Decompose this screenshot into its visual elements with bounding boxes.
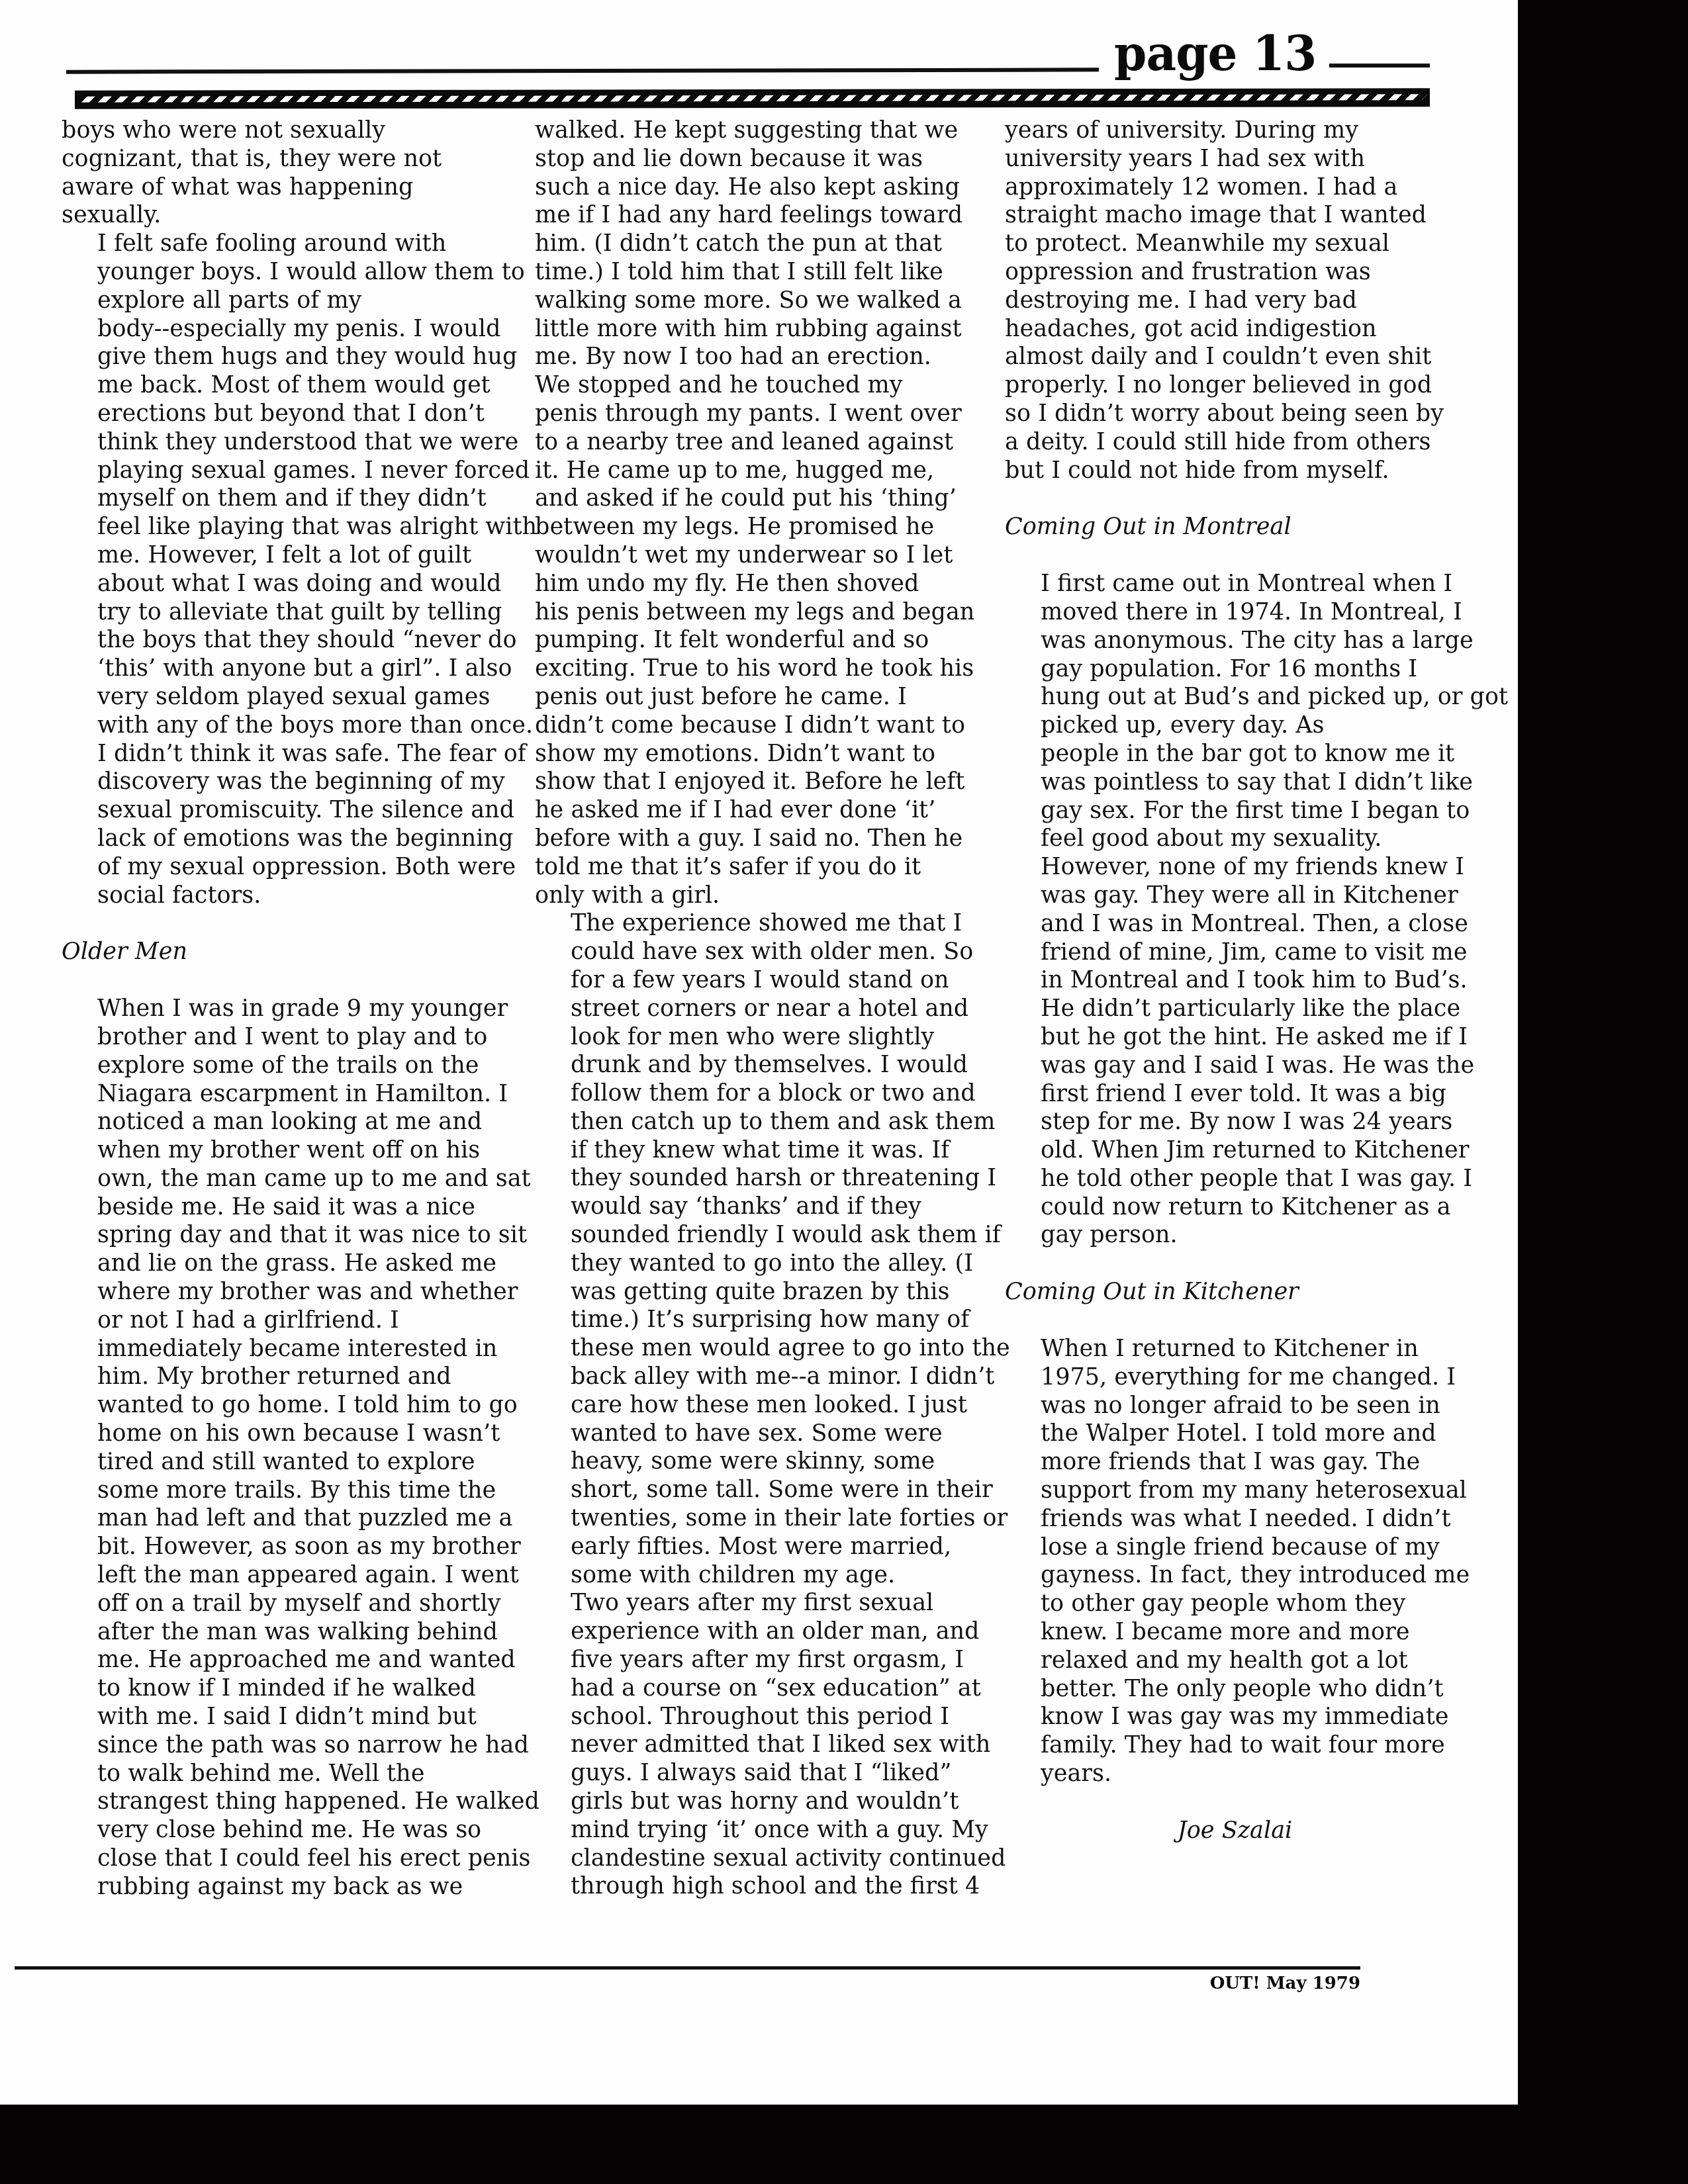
text-line: home on his own because I wasn’t bbox=[62, 1420, 502, 1448]
text-line: myself on them and if they didn’t bbox=[62, 484, 502, 513]
text-line: some more trails. By this time the bbox=[62, 1477, 502, 1505]
text-line: mind trying ‘it’ once with a guy. My bbox=[535, 1816, 975, 1844]
text-line: where my brother was and whether bbox=[62, 1278, 502, 1306]
article-paragraph: I first came out in Montreal when Imoved… bbox=[1005, 570, 1445, 1250]
article-paragraph: boys who were not sexuallycognizant, tha… bbox=[62, 116, 502, 230]
text-line: experience with an older man, and bbox=[535, 1617, 975, 1646]
text-line: sounded friendly I would ask them if bbox=[535, 1221, 975, 1250]
text-line: and asked if he could put his ‘thing’ bbox=[535, 484, 975, 513]
text-line: We stopped and he touched my bbox=[535, 371, 975, 400]
text-line: wanted to go home. I told him to go bbox=[62, 1391, 502, 1420]
text-line: it. He came up to me, hugged me, bbox=[535, 457, 975, 485]
text-line: me. He approached me and wanted bbox=[62, 1646, 502, 1674]
text-line: was no longer afraid to be seen in bbox=[1005, 1392, 1445, 1420]
text-line: gayness. In fact, they introduced me bbox=[1005, 1561, 1445, 1590]
text-line: heavy, some were skinny, some bbox=[535, 1447, 975, 1476]
text-line: about what I was doing and would bbox=[62, 570, 502, 598]
text-line: care how these men looked. I just bbox=[535, 1391, 975, 1420]
text-line: to know if I minded if he walked bbox=[62, 1674, 502, 1703]
text-line: family. They had to wait four more bbox=[1005, 1731, 1445, 1760]
text-line: and I was in Montreal. Then, a close bbox=[1005, 910, 1445, 938]
text-line: with me. I said I didn’t mind but bbox=[62, 1703, 502, 1731]
text-line: relaxed and my health got a lot bbox=[1005, 1647, 1445, 1675]
text-line: five years after my first orgasm, I bbox=[535, 1646, 975, 1674]
text-line: playing sexual games. I never forced bbox=[62, 457, 502, 485]
text-line: very close behind me. He was so bbox=[62, 1816, 502, 1844]
text-line: feel good about my sexuality. bbox=[1005, 825, 1445, 853]
text-line: However, none of my friends knew I bbox=[1005, 853, 1445, 882]
text-line: rubbing against my back as we bbox=[62, 1873, 502, 1901]
text-line: penis through my pants. I went over bbox=[535, 400, 975, 428]
text-line: little more with him rubbing against bbox=[535, 315, 975, 343]
text-line: gay population. For 16 months I bbox=[1005, 655, 1445, 684]
text-line: after the man was walking behind bbox=[62, 1618, 502, 1647]
page-number-label: page 13 bbox=[1114, 24, 1316, 83]
author-signature: Joe Szalai bbox=[1005, 1817, 1445, 1845]
text-line: know I was gay was my immediate bbox=[1005, 1703, 1445, 1731]
text-line: friends was what I needed. I didn’t bbox=[1005, 1505, 1445, 1533]
header-rule-right bbox=[1329, 64, 1430, 68]
text-line: immediately became interested in bbox=[62, 1335, 502, 1363]
text-line: back alley with me--a minor. I didn’t bbox=[535, 1363, 975, 1391]
article-paragraph: When I was in grade 9 my youngerbrother … bbox=[62, 995, 502, 1901]
text-line: gay person. bbox=[1005, 1221, 1445, 1250]
section-heading: Coming Out in Kitchener bbox=[1005, 1278, 1445, 1306]
article-paragraph: walked. He kept suggesting that westop a… bbox=[535, 116, 975, 909]
text-line: between my legs. He promised he bbox=[535, 513, 975, 541]
text-line: to walk behind me. Well the bbox=[62, 1760, 502, 1788]
text-line: when my brother went off on his bbox=[62, 1136, 502, 1165]
text-line: wouldn’t wet my underwear so I let bbox=[535, 541, 975, 570]
text-line: before with a guy. I said no. Then he bbox=[535, 825, 975, 853]
text-line: very seldom played sexual games bbox=[62, 683, 502, 711]
text-line: drunk and by themselves. I would bbox=[535, 1051, 975, 1079]
text-line: the Walper Hotel. I told more and bbox=[1005, 1420, 1445, 1448]
publication-footer: OUT! May 1979 bbox=[1210, 1974, 1360, 1993]
text-line: university years I had sex with bbox=[1005, 145, 1445, 173]
text-line: his penis between my legs and began bbox=[535, 598, 975, 627]
text-line: penis out just before he came. I bbox=[535, 683, 975, 711]
text-line: was getting quite brazen by this bbox=[535, 1278, 975, 1306]
text-line: tired and still wanted to explore bbox=[62, 1448, 502, 1477]
text-line: own, the man came up to me and sat bbox=[62, 1165, 502, 1193]
text-line: would say ‘thanks’ and if they bbox=[535, 1193, 975, 1221]
text-line: close that I could feel his erect penis bbox=[62, 1844, 502, 1873]
text-line: was gay. They were all in Kitchener bbox=[1005, 882, 1445, 910]
text-line: the boys that they should “never do bbox=[62, 626, 502, 655]
text-line: these men would agree to go into the bbox=[535, 1334, 975, 1363]
header-rule-left bbox=[66, 68, 1099, 73]
article-paragraph: I felt safe fooling around withyounger b… bbox=[62, 230, 502, 909]
text-line: When I was in grade 9 my younger bbox=[62, 995, 502, 1023]
text-line: people in the bar got to know me it bbox=[1005, 740, 1445, 768]
text-line: younger boys. I would allow them to bbox=[62, 258, 502, 287]
text-line: better. The only people who didn’t bbox=[1005, 1675, 1445, 1704]
magazine-page: page 13 boys who were not sexuallycogniz… bbox=[0, 0, 1518, 2105]
text-line: then catch up to them and ask them bbox=[535, 1108, 975, 1136]
text-line: him undo my fly. He then shoved bbox=[535, 570, 975, 598]
text-line: knew. I became more and more bbox=[1005, 1618, 1445, 1647]
text-line: oppression and frustration was bbox=[1005, 258, 1445, 287]
text-line: Niagara escarpment in Hamilton. I bbox=[62, 1080, 502, 1109]
text-line: first friend I ever told. It was a big bbox=[1005, 1080, 1445, 1109]
text-line: had a course on “sex education” at bbox=[535, 1674, 975, 1703]
text-line: me. However, I felt a lot of guilt bbox=[62, 541, 502, 570]
text-line: old. When Jim returned to Kitchener bbox=[1005, 1136, 1445, 1165]
text-line: explore all parts of my bbox=[62, 287, 502, 315]
text-line: social factors. bbox=[62, 882, 502, 910]
text-line: destroying me. I had very bad bbox=[1005, 287, 1445, 315]
text-line: aware of what was happening bbox=[62, 173, 502, 202]
text-line: gay sex. For the first time I began to bbox=[1005, 797, 1445, 825]
text-line: I first came out in Montreal when I bbox=[1005, 570, 1445, 598]
text-line: but I could not hide from myself. bbox=[1005, 457, 1445, 485]
text-line: discovery was the beginning of my bbox=[62, 768, 502, 796]
text-line: school. Throughout this period I bbox=[535, 1703, 975, 1731]
text-line: him. My brother returned and bbox=[62, 1363, 502, 1391]
text-line: years of university. During my bbox=[1005, 116, 1445, 145]
text-line: strangest thing happened. He walked bbox=[62, 1788, 502, 1816]
text-line: could have sex with older men. So bbox=[535, 938, 975, 966]
article-paragraph: Two years after my first sexualexperienc… bbox=[535, 1589, 975, 1901]
text-line: properly. I no longer believed in god bbox=[1005, 371, 1445, 400]
text-line: exciting. True to his word he took his bbox=[535, 655, 975, 683]
text-line: and lie on the grass. He asked me bbox=[62, 1250, 502, 1278]
text-line: left the man appeared again. I went bbox=[62, 1561, 502, 1590]
text-line: clandestine sexual activity continued bbox=[535, 1844, 975, 1873]
text-line: for a few years I would stand on bbox=[535, 966, 975, 995]
text-line: stop and lie down because it was bbox=[535, 145, 975, 173]
text-line: bit. However, as soon as my brother bbox=[62, 1533, 502, 1561]
text-line: walking some more. So we walked a bbox=[535, 287, 975, 315]
text-line: show my emotions. Didn’t want to bbox=[535, 740, 975, 768]
text-line: Two years after my first sexual bbox=[535, 1589, 975, 1617]
text-line: beside me. He said it was a nice bbox=[62, 1193, 502, 1222]
text-line: hung out at Bud’s and picked up, or got bbox=[1005, 683, 1445, 711]
text-line: early fifties. Most were married, bbox=[535, 1533, 975, 1561]
text-line: explore some of the trails on the bbox=[62, 1052, 502, 1080]
text-line: boys who were not sexually bbox=[62, 116, 502, 145]
text-line: to protect. Meanwhile my sexual bbox=[1005, 230, 1445, 258]
text-line: body--especially my penis. I would bbox=[62, 315, 502, 343]
text-line: erections but beyond that I don’t bbox=[62, 400, 502, 428]
text-line: to a nearby tree and leaned against bbox=[535, 428, 975, 457]
text-line: I felt safe fooling around with bbox=[62, 230, 502, 258]
text-line: they wanted to go into the alley. (I bbox=[535, 1250, 975, 1278]
text-line: feel like playing that was alright with bbox=[62, 513, 502, 541]
text-line: never admitted that I liked sex with bbox=[535, 1731, 975, 1759]
text-line: him. (I didn’t catch the pun at that bbox=[535, 230, 975, 258]
text-line: more friends that I was gay. The bbox=[1005, 1448, 1445, 1477]
article-column-2: walked. He kept suggesting that westop a… bbox=[535, 116, 975, 1901]
text-line: he told other people that I was gay. I bbox=[1005, 1165, 1445, 1193]
section-heading: Coming Out in Montreal bbox=[1005, 513, 1445, 541]
text-line: through high school and the first 4 bbox=[535, 1872, 975, 1901]
text-line: I didn’t think it was safe. The fear of bbox=[62, 740, 502, 768]
text-line: man had left and that puzzled me a bbox=[62, 1504, 502, 1533]
text-line: approximately 12 women. I had a bbox=[1005, 173, 1445, 202]
text-line: wanted to have sex. Some were bbox=[535, 1420, 975, 1448]
text-line: look for men who were slightly bbox=[535, 1023, 975, 1052]
article-column-1: boys who were not sexuallycognizant, tha… bbox=[62, 116, 502, 1901]
text-line: only with a girl. bbox=[535, 882, 975, 910]
text-line: didn’t come because I didn’t want to bbox=[535, 711, 975, 740]
text-line: pumping. It felt wonderful and so bbox=[535, 626, 975, 655]
text-line: a deity. I could still hide from others bbox=[1005, 428, 1445, 457]
text-line: told me that it’s safer if you do it bbox=[535, 853, 975, 882]
text-line: or not I had a girlfriend. I bbox=[62, 1306, 502, 1335]
text-line: sexual promiscuity. The silence and bbox=[62, 796, 502, 825]
text-line: step for me. By now I was 24 years bbox=[1005, 1108, 1445, 1136]
text-line: picked up, every day. As bbox=[1005, 711, 1445, 740]
text-line: sexually. bbox=[62, 201, 502, 230]
text-line: if they knew what time it was. If bbox=[535, 1136, 975, 1165]
text-line: but he got the hint. He asked me if I bbox=[1005, 1023, 1445, 1052]
text-line: walked. He kept suggesting that we bbox=[535, 116, 975, 145]
text-line: almost daily and I couldn’t even shit bbox=[1005, 343, 1445, 371]
text-line: noticed a man looking at me and bbox=[62, 1108, 502, 1136]
article-paragraph: When I returned to Kitchener in1975, eve… bbox=[1005, 1335, 1445, 1788]
text-line: lose a single friend because of my bbox=[1005, 1533, 1445, 1562]
text-line: headaches, got acid indigestion bbox=[1005, 315, 1445, 343]
text-line: brother and I went to play and to bbox=[62, 1023, 502, 1052]
text-line: since the path was so narrow he had bbox=[62, 1731, 502, 1760]
text-line: with any of the boys more than once. bbox=[62, 711, 502, 740]
text-line: short, some tall. Some were in their bbox=[535, 1476, 975, 1504]
text-line: 1975, everything for me changed. I bbox=[1005, 1363, 1445, 1392]
text-line: street corners or near a hotel and bbox=[535, 995, 975, 1023]
text-line: of my sexual oppression. Both were bbox=[62, 853, 502, 882]
text-line: was pointless to say that I didn’t like bbox=[1005, 768, 1445, 797]
article-column-3: years of university. During myuniversity… bbox=[1005, 116, 1445, 1845]
text-line: He didn’t particularly like the place bbox=[1005, 995, 1445, 1023]
text-line: some with children my age. bbox=[535, 1561, 975, 1590]
text-line: guys. I always said that I “liked” bbox=[535, 1759, 975, 1788]
text-line: was anonymous. The city has a large bbox=[1005, 627, 1445, 655]
text-line: friend of mine, Jim, came to visit me bbox=[1005, 938, 1445, 967]
text-line: time.) It’s surprising how many of bbox=[535, 1306, 975, 1334]
text-line: in Montreal and I took him to Bud’s. bbox=[1005, 966, 1445, 995]
footer-rule bbox=[15, 1966, 1360, 1970]
text-line: was gay and I said I was. He was the bbox=[1005, 1052, 1445, 1080]
text-line: to other gay people whom they bbox=[1005, 1590, 1445, 1618]
text-line: give them hugs and they would hug bbox=[62, 343, 502, 371]
text-line: show that I enjoyed it. Before he left bbox=[535, 768, 975, 796]
text-line: years. bbox=[1005, 1760, 1445, 1788]
text-line: spring day and that it was nice to sit bbox=[62, 1221, 502, 1250]
text-line: twenties, some in their late forties or bbox=[535, 1504, 975, 1533]
text-line: me back. Most of them would get bbox=[62, 371, 502, 400]
text-line: lack of emotions was the beginning bbox=[62, 825, 502, 853]
article-paragraph: years of university. During myuniversity… bbox=[1005, 116, 1445, 484]
text-line: me if I had any hard feelings toward bbox=[535, 201, 975, 230]
text-line: support from my many heterosexual bbox=[1005, 1477, 1445, 1505]
text-line: such a nice day. He also kept asking bbox=[535, 173, 975, 202]
text-line: The experience showed me that I bbox=[535, 909, 975, 938]
text-line: me. By now I too had an erection. bbox=[535, 343, 975, 371]
text-line: cognizant, that is, they were not bbox=[62, 145, 502, 173]
article-paragraph: The experience showed me that Icould hav… bbox=[535, 909, 975, 1589]
text-line: try to alleviate that guilt by telling bbox=[62, 598, 502, 627]
text-line: so I didn’t worry about being seen by bbox=[1005, 400, 1445, 428]
text-line: they sounded harsh or threatening I bbox=[535, 1164, 975, 1193]
text-line: follow them for a block or two and bbox=[535, 1079, 975, 1108]
text-line: think they understood that we were bbox=[62, 428, 502, 457]
text-line: off on a trail by myself and shortly bbox=[62, 1590, 502, 1618]
text-line: straight macho image that I wanted bbox=[1005, 201, 1445, 230]
text-line: girls but was horny and wouldn’t bbox=[535, 1788, 975, 1816]
text-line: he asked me if I had ever done ‘it’ bbox=[535, 796, 975, 825]
section-heading: Older Men bbox=[62, 938, 502, 966]
text-line: ‘this’ with anyone but a girl”. I also bbox=[62, 655, 502, 683]
text-line: moved there in 1974. In Montreal, I bbox=[1005, 598, 1445, 627]
ornamental-divider bbox=[75, 88, 1430, 109]
text-line: could now return to Kitchener as a bbox=[1005, 1193, 1445, 1222]
text-line: time.) I told him that I still felt like bbox=[535, 258, 975, 287]
text-line: When I returned to Kitchener in bbox=[1005, 1335, 1445, 1363]
